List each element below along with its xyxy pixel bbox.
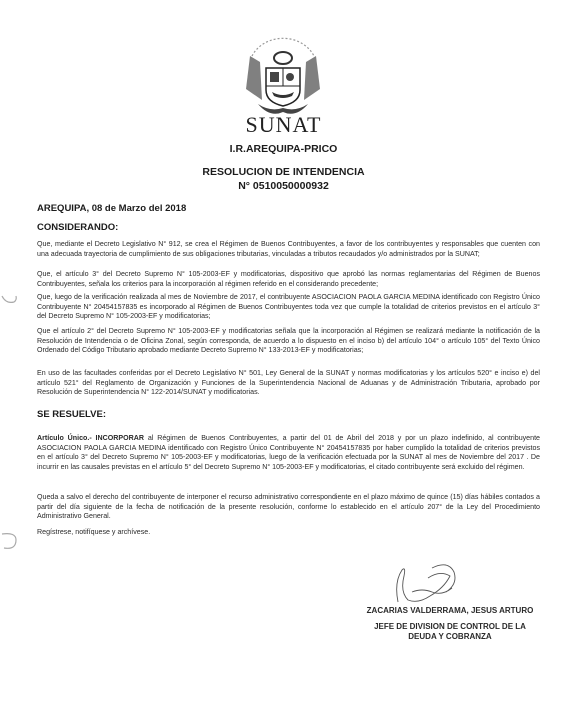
binder-hole-mark-icon bbox=[0, 530, 20, 554]
resuelve-heading: SE RESUELVE: bbox=[37, 409, 106, 420]
signatory-title: DEUDA Y COBRANZA bbox=[330, 632, 567, 641]
considerando-paragraph: Que, mediante el Decreto Legislativo N° … bbox=[37, 240, 540, 259]
institution-name: SUNAT bbox=[0, 112, 567, 138]
signatory-name: ZACARIAS VALDERRAMA, JESUS ARTURO bbox=[330, 606, 567, 615]
rights-paragraph: Queda a salvo el derecho del contribuyen… bbox=[37, 493, 540, 522]
office-name: I.R.AREQUIPA-PRICO bbox=[0, 143, 567, 155]
resolution-document: SUNAT I.R.AREQUIPA-PRICO RESOLUCION DE I… bbox=[0, 0, 567, 703]
closing-line: Regístrese, notifíquese y archívese. bbox=[37, 528, 540, 538]
peru-coat-of-arms-icon bbox=[240, 34, 326, 118]
considerando-paragraph: En uso de las facultades conferidas por … bbox=[37, 369, 540, 398]
binder-hole-mark-icon bbox=[0, 290, 20, 310]
document-type: RESOLUCION DE INTENDENCIA bbox=[0, 166, 567, 178]
document-number: N° 0510050000932 bbox=[0, 180, 567, 192]
article-label: Artículo Único.- INCORPORAR bbox=[37, 434, 144, 442]
date-line: AREQUIPA, 08 de Marzo del 2018 bbox=[37, 203, 186, 214]
considerando-paragraph: Que el artículo 2° del Decreto Supremo N… bbox=[37, 327, 540, 356]
handwritten-signature bbox=[388, 562, 468, 607]
considerando-heading: CONSIDERANDO: bbox=[37, 222, 118, 233]
considerando-paragraph: Que, el artículo 3° del Decreto Supremo … bbox=[37, 270, 540, 289]
signatory-title: JEFE DE DIVISION DE CONTROL DE LA bbox=[330, 622, 567, 631]
considerando-paragraph: Que, luego de la verificación realizada … bbox=[37, 293, 540, 322]
article-paragraph: Artículo Único.- INCORPORAR al Régimen d… bbox=[37, 434, 540, 472]
